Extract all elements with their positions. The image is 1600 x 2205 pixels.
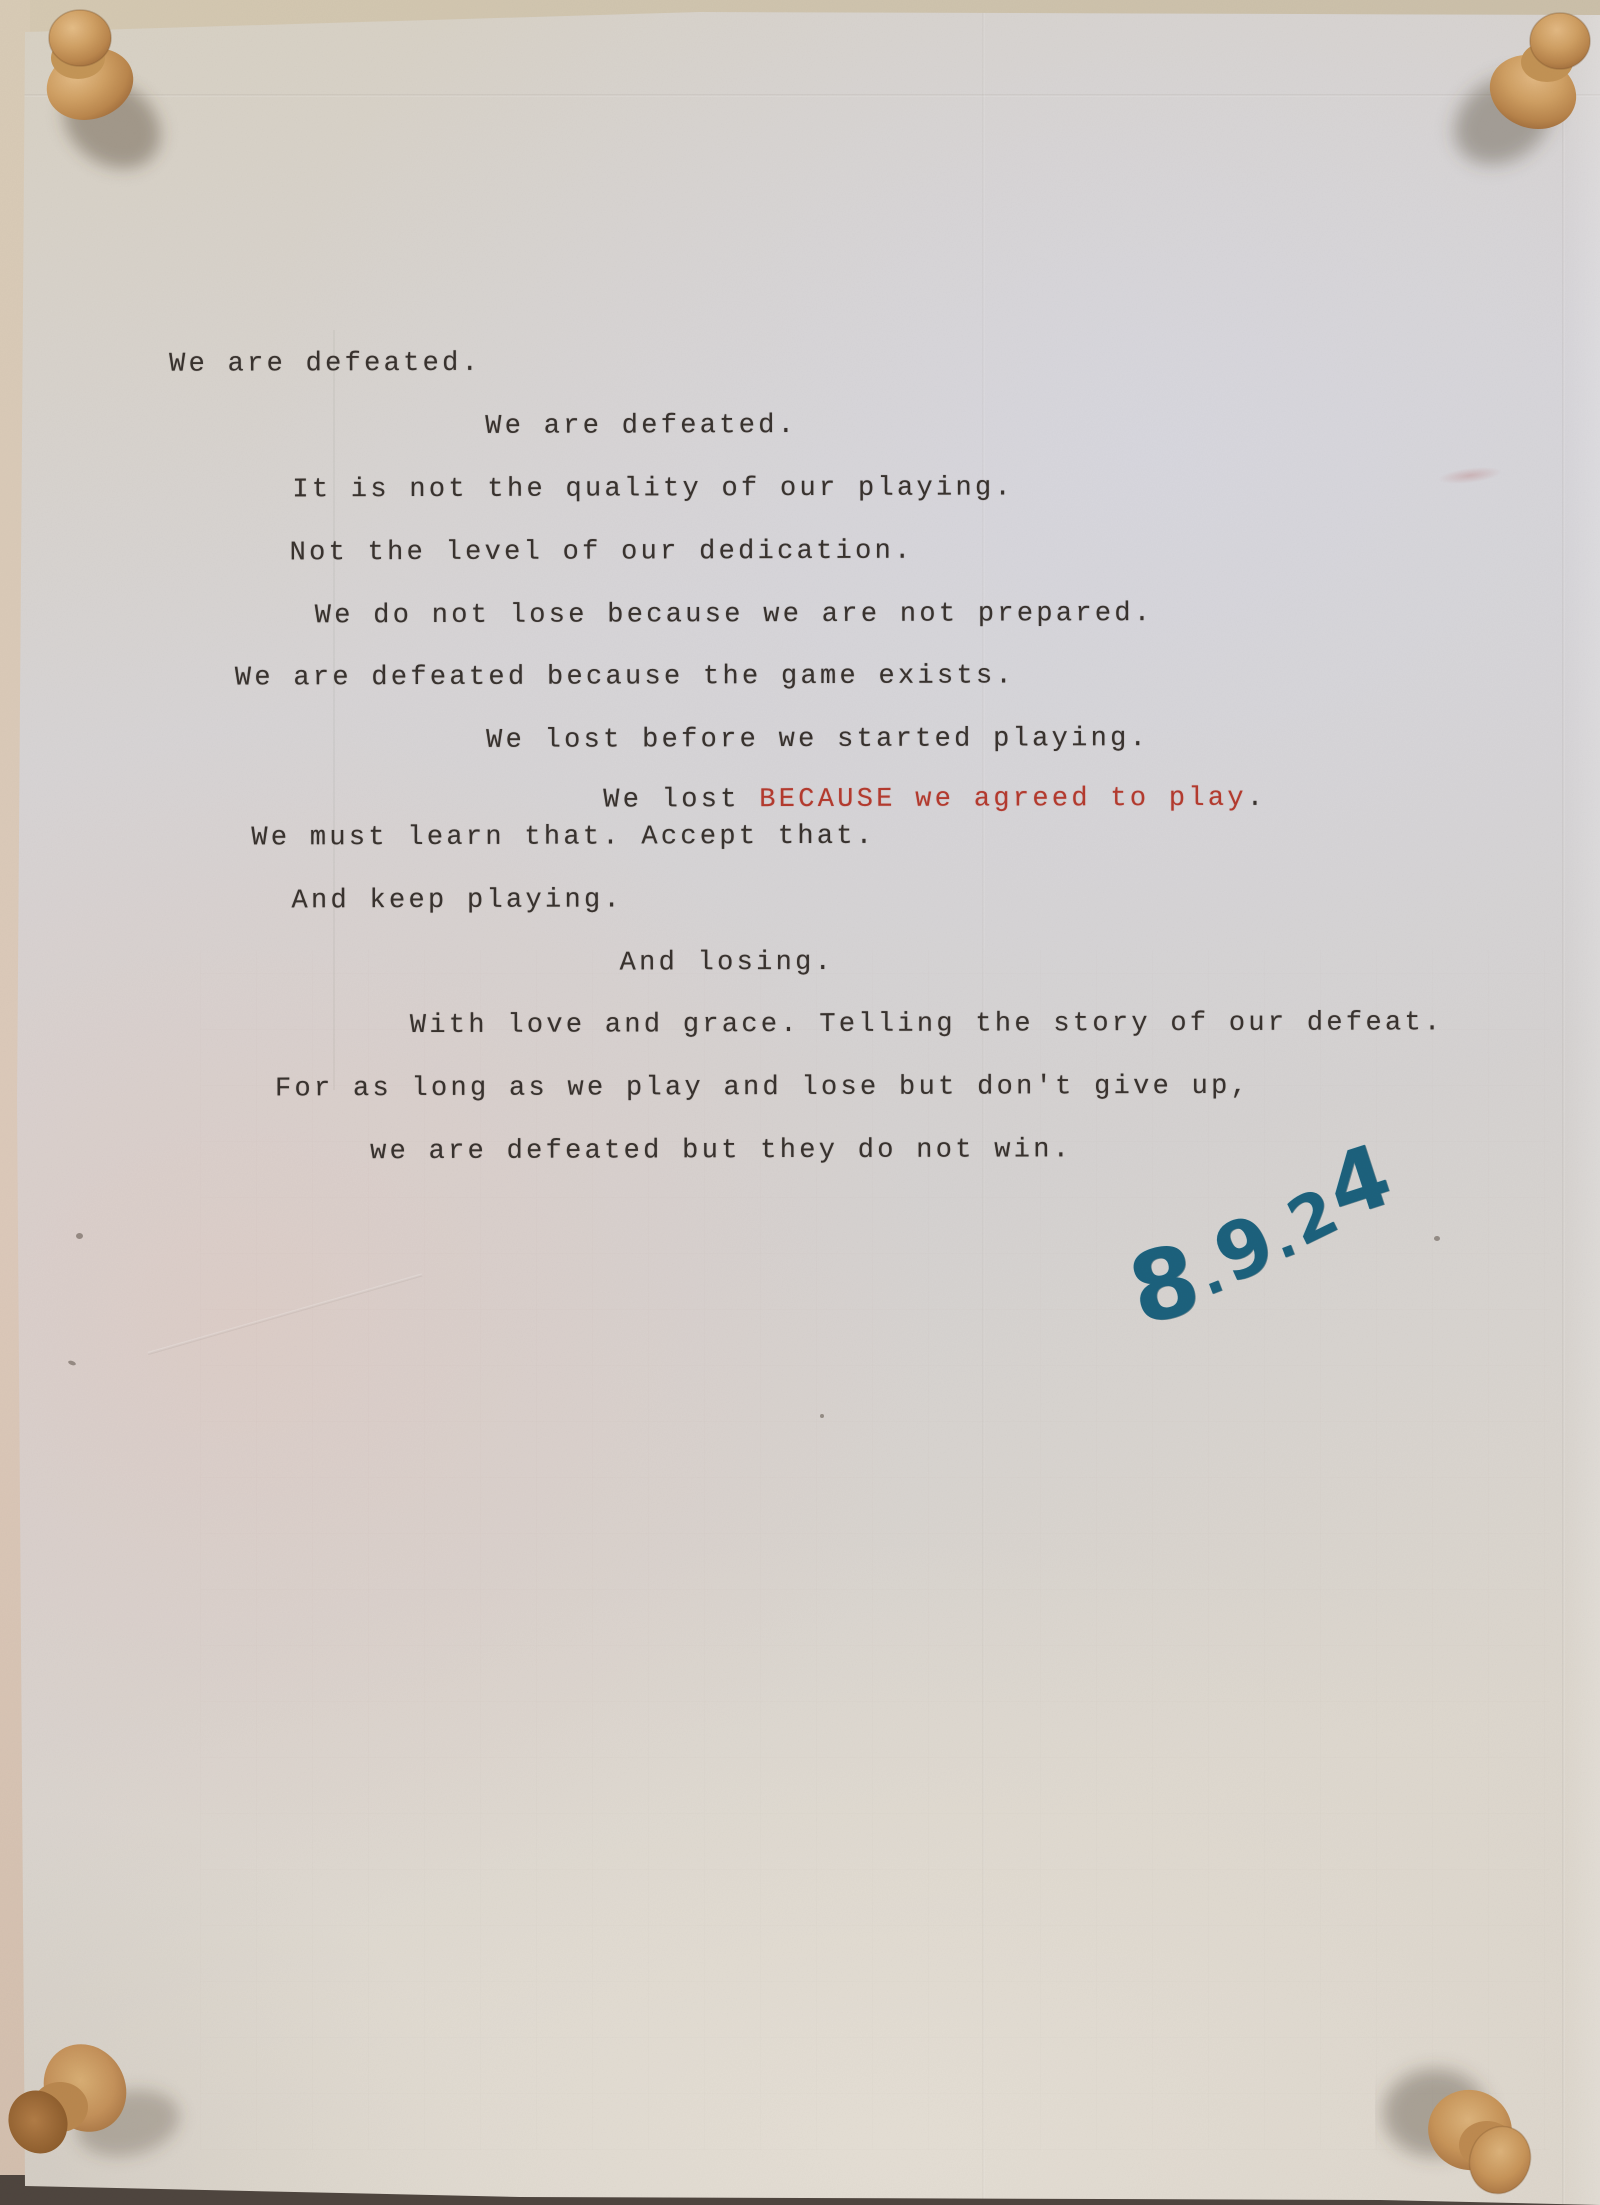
line-segment-red: BECAUSE we agreed to play — [759, 784, 1247, 815]
line-segment: . — [1247, 784, 1267, 814]
typewritten-line: And losing. — [620, 950, 835, 978]
typewritten-line: With love and grace. Telling the story o… — [410, 1010, 1444, 1040]
typewritten-line: And keep playing. — [291, 887, 623, 915]
typewritten-line: We are defeated. — [485, 413, 797, 441]
wooden-push-pin-bottom-left — [0, 1975, 230, 2205]
typewritten-line: We must learn that. Accept that. — [251, 824, 875, 853]
paper-sheet: We are defeated. We are defeated. It is … — [0, 0, 1600, 2205]
typewritten-line: We do not lose because we are not prepar… — [315, 601, 1154, 630]
typewritten-line: We are defeated because the game exists. — [235, 663, 1015, 692]
wooden-push-pin-bottom-right — [1375, 1975, 1600, 2205]
typewritten-line: We are defeated. — [169, 351, 481, 379]
typewritten-line: For as long as we play and lose but don'… — [275, 1074, 1250, 1104]
wooden-push-pin-top-left — [0, 0, 230, 230]
typewritten-line: We lost before we started playing. — [486, 726, 1149, 755]
typewritten-line: Not the level of our dedication. — [290, 539, 914, 568]
wooden-push-pin-top-right — [1375, 0, 1600, 230]
line-segment: We lost — [603, 785, 759, 815]
typewritten-line: we are defeated but they do not win. — [370, 1137, 1072, 1166]
typewritten-line: It is not the quality of our playing. — [292, 475, 1014, 504]
